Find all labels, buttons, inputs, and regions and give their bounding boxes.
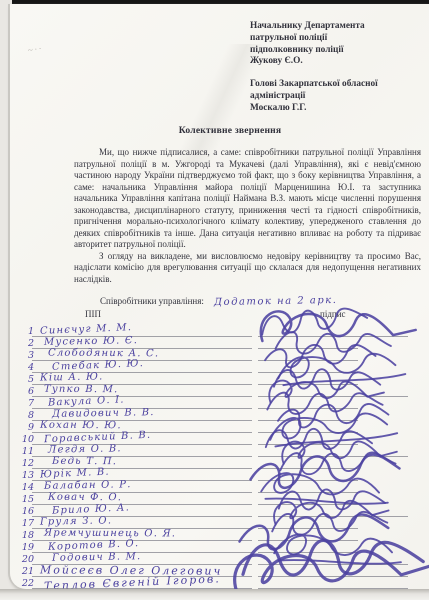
recipient-line: підполковнику поліції: [250, 45, 429, 57]
signer-name-handwritten: Балабан О. Р.: [44, 479, 132, 492]
signer-name-handwritten: Брило Ю. А.: [52, 502, 130, 516]
signers-list: 1Синєчуг М. М.2Мусенко Ю. Є.3Слободяник …: [10, 326, 429, 590]
signer-name-handwritten: Ковач Ф. О.: [48, 492, 122, 504]
column-header-name: ПІП: [85, 309, 101, 319]
signer-name-handwritten: Давидович В. В.: [52, 407, 155, 420]
recipient-block: Начальнику Департаментапатрульної поліці…: [250, 21, 429, 68]
recipient-line: Голові Закарпатської обласної: [250, 79, 429, 91]
signer-name-handwritten: Бедь Т. П.: [52, 456, 117, 467]
signer-name-handwritten: Годович В. М.: [52, 551, 142, 564]
document-body: Ми, що нижче підписалися, а саме: співро…: [74, 147, 421, 286]
signer-name-handwritten: Кохан Ю. Ю.: [40, 420, 122, 432]
scanned-document: ~·· Начальнику Департаментапатрульної по…: [0, 0, 429, 600]
paper-sheet: ~·· Начальнику Департаментапатрульної по…: [10, 4, 429, 589]
scan-bottom-edge: [0, 589, 429, 600]
recipient-line: Москалю Г.Г.: [250, 103, 429, 115]
pencil-mark: ~··: [27, 39, 75, 61]
body-paragraph-1: Ми, що нижче підписалися, а саме: співро…: [74, 147, 421, 251]
signer-name-handwritten: Груля З. О.: [40, 515, 112, 527]
signer-name-handwritten: Юрік М. В.: [40, 467, 110, 481]
signer-name-handwritten: Вакула О. І.: [48, 394, 125, 408]
recipient-line: Жукову Є.О.: [250, 56, 429, 68]
signer-name-handwritten: Мусенко Ю. Є.: [44, 335, 138, 348]
recipient-block: Голові Закарпатської обласноїадміністрац…: [250, 79, 429, 114]
attachment-label: Співробітники управління:: [100, 296, 204, 306]
recipient-line: патрульної поліції: [250, 33, 429, 45]
recipient-blocks: Начальнику Департаментапатрульної поліці…: [250, 21, 429, 126]
signer-name-handwritten: Тупко В. М.: [44, 384, 118, 396]
document-title: Колективне звернення: [85, 125, 375, 136]
signer-name-handwritten: Легдя О. В.: [48, 443, 122, 455]
recipient-line: Начальнику Департамента: [250, 21, 429, 33]
signer-name-handwritten: Яремчушинець О. Я.: [44, 528, 176, 540]
body-paragraph-2: З огляду на викладене, ми висловлюємо не…: [74, 251, 421, 286]
signer-name-handwritten: Кіш А. Ю.: [40, 371, 104, 383]
recipient-line: адміністрації: [250, 91, 429, 103]
